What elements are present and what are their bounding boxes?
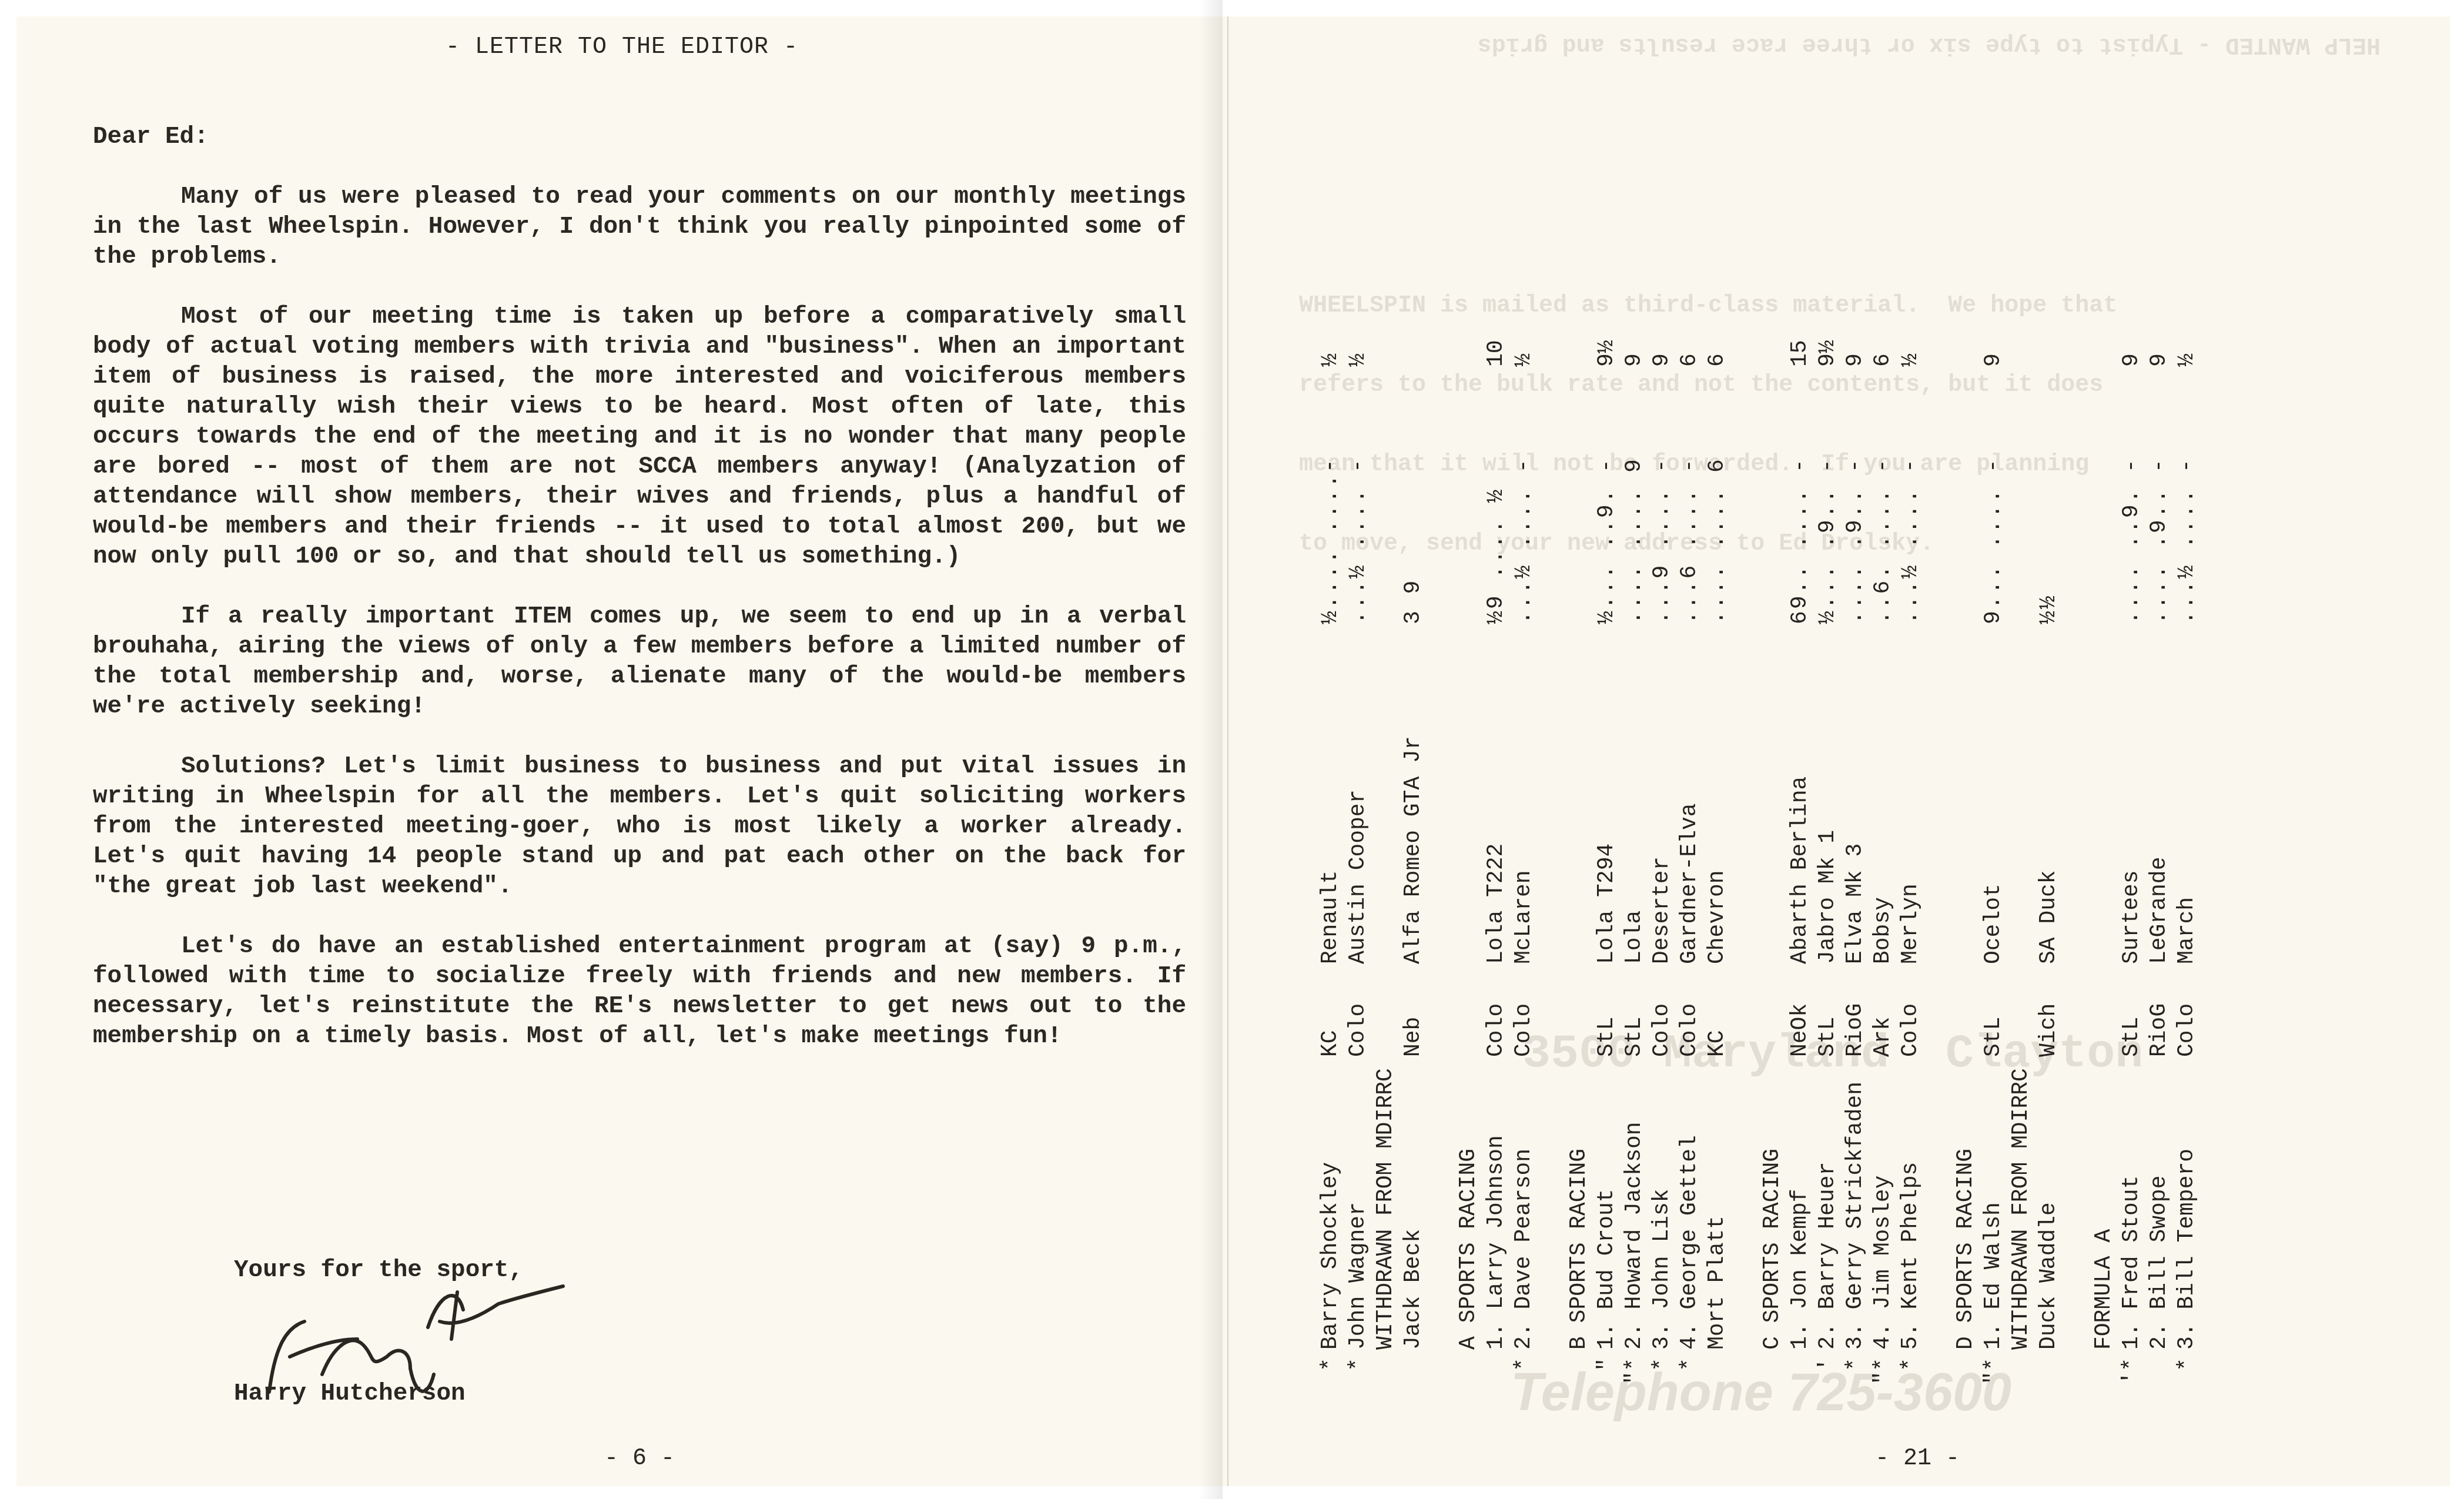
points: ½ xyxy=(1510,286,1538,367)
driver-name: Mort Platt xyxy=(1703,1057,1731,1350)
result-row: *3. Gerry StrickfadenRioGElva Mk 3.... .… xyxy=(1842,286,1869,1399)
points: 6 xyxy=(1676,286,1703,367)
region: Colo xyxy=(1648,964,1676,1057)
result-row: *Barry ShockleyKCRenault½.... ....-½ xyxy=(1317,286,1344,1399)
result-row: "1. Bud CroutStLLola T294½... ..9. -9½ xyxy=(1593,286,1621,1399)
results-rotated-container: *Barry ShockleyKCRenault½.... ....-½*Joh… xyxy=(1317,47,2201,1399)
entry-mark xyxy=(1786,1350,1814,1399)
entry-mark: * xyxy=(1648,1350,1676,1399)
points: 9½ xyxy=(1593,286,1621,367)
driver-name: Duck Waddle xyxy=(2035,1057,2063,1350)
region: StL xyxy=(1980,964,2007,1057)
driver-name: 5. Kent Phelps xyxy=(1897,1057,1924,1350)
entry-mark xyxy=(2145,1350,2173,1399)
lap-marks: .... ..9. - xyxy=(2118,367,2145,624)
entry-mark xyxy=(1703,1350,1731,1399)
results-body: *Barry ShockleyKCRenault½.... ....-½*Joh… xyxy=(1317,286,2201,1399)
result-row: '*1. Fred StoutStLSurtees.... ..9. -9 xyxy=(2118,286,2145,1399)
lap-marks: ...½ .... - xyxy=(1344,367,1372,624)
result-row: Duck WaddleWichSA Duck½½ xyxy=(2035,286,2063,1399)
car: Ocelot xyxy=(1980,624,2007,964)
driver-name: Jack Beck xyxy=(1400,1057,1427,1350)
driver-name: 1. Bud Crout xyxy=(1593,1057,1621,1350)
points: 9 xyxy=(1648,286,1676,367)
region: Colo xyxy=(1897,964,1924,1057)
points: ½ xyxy=(1344,286,1372,367)
car: Jabro Mk 1 xyxy=(1814,624,1842,964)
points: 15 xyxy=(1786,286,1814,367)
result-row: Mort PlattKCChevron.... .... 66 xyxy=(1703,286,1731,1399)
car: Chevron xyxy=(1703,624,1731,964)
entry-mark: * xyxy=(2173,1350,2201,1399)
car: Bobsy xyxy=(1869,624,1897,964)
page-number: - 21 - xyxy=(1875,1446,1960,1472)
entry-mark: ' xyxy=(1814,1350,1842,1399)
spacer xyxy=(2007,1350,2035,1399)
paragraph-2: Most of our meeting time is taken up bef… xyxy=(93,302,1186,572)
car: Austin Cooper xyxy=(1344,624,1372,964)
points: 9 xyxy=(1621,286,1648,367)
car: Renault xyxy=(1317,624,1344,964)
driver-name: 1. Jon Kempf xyxy=(1786,1057,1814,1350)
spacer xyxy=(1731,1350,1786,1399)
lap-marks: .... .9.. - xyxy=(2145,367,2173,624)
points: 9 xyxy=(1842,286,1869,367)
region: RioG xyxy=(1842,964,1869,1057)
note-text: WITHDRAWN FROM MDIRRC xyxy=(1372,286,1400,1350)
region: Ark xyxy=(1869,964,1897,1057)
paragraph-1: Many of us were pleased to read your com… xyxy=(93,182,1186,272)
entry-mark: "* xyxy=(1621,1350,1648,1399)
car: LeGrande xyxy=(2145,624,2173,964)
lap-marks: ...½ .... - xyxy=(2173,367,2201,624)
car: Deserter xyxy=(1648,624,1676,964)
result-row: "*2. Howard JacksonStLLola.... .... 99 xyxy=(1621,286,1648,1399)
class-section-header: A SPORTS RACING xyxy=(1427,286,1482,1399)
points xyxy=(1400,286,1427,367)
driver-name: 2. Bill Swope xyxy=(2145,1057,2173,1350)
driver-name: 1. Ed Walsh xyxy=(1980,1057,2007,1350)
points: 9 xyxy=(2145,286,2173,367)
lap-marks: ..6. .... - xyxy=(1869,367,1897,624)
race-results-table: *Barry ShockleyKCRenault½.... ....-½*Joh… xyxy=(1317,286,2201,1399)
lap-marks: ½... ..9. - xyxy=(1593,367,1621,624)
lap-marks: 69.. .... - xyxy=(1786,367,1814,624)
car: Alfa Romeo GTA Jr xyxy=(1400,624,1427,964)
result-row: *3. John LiskColoDeserter...9 .... -9 xyxy=(1648,286,1676,1399)
result-row: 1. Jon KempfNeOkAbarth Berlina69.. .... … xyxy=(1786,286,1814,1399)
points: 6 xyxy=(1869,286,1897,367)
region: StL xyxy=(2118,964,2145,1057)
region: Colo xyxy=(1344,964,1372,1057)
driver-name: 3. John Lisk xyxy=(1648,1057,1676,1350)
region: StL xyxy=(1593,964,1621,1057)
class-title: A SPORTS RACING xyxy=(1427,286,1482,1350)
driver-name: 3. Bill Tempero xyxy=(2173,1057,2201,1350)
class-section-header: C SPORTS RACING xyxy=(1731,286,1786,1399)
points: 9½ xyxy=(1814,286,1842,367)
driver-name: 2. Dave Pearson xyxy=(1510,1057,1538,1350)
entry-mark: * xyxy=(1842,1350,1869,1399)
paragraph-5: Let's do have an established entertainme… xyxy=(93,932,1186,1052)
lap-marks: 9... .... - xyxy=(1980,367,2007,624)
driver-name: 2. Howard Jackson xyxy=(1621,1057,1648,1350)
lap-marks: ½½ xyxy=(2035,367,2063,624)
spacer xyxy=(2063,1350,2118,1399)
gutter-shadow xyxy=(1199,0,1223,1499)
points xyxy=(2035,286,2063,367)
lap-marks: 3 9 xyxy=(1400,367,1427,624)
points: 6 xyxy=(1703,286,1731,367)
car: Lola xyxy=(1621,624,1648,964)
entry-mark xyxy=(1482,1350,1510,1399)
driver-name: John Wagner xyxy=(1344,1057,1372,1350)
car: Lola T222 xyxy=(1482,624,1510,964)
spacer xyxy=(1924,1350,1980,1399)
region: Colo xyxy=(2173,964,2201,1057)
driver-name: 1. Fred Stout xyxy=(2118,1057,2145,1350)
region: NeOk xyxy=(1786,964,1814,1057)
result-row: *2. Dave PearsonColoMcLaren...½ .... -½ xyxy=(1510,286,1538,1399)
result-row: Jack BeckNebAlfa Romeo GTA Jr3 9 xyxy=(1400,286,1427,1399)
entry-mark: " xyxy=(1593,1350,1621,1399)
letter-heading: - LETTER TO THE EDITOR - xyxy=(16,34,1227,61)
region: Colo xyxy=(1482,964,1510,1057)
class-section-header: FORMULA A xyxy=(2063,286,2118,1399)
left-page: - LETTER TO THE EDITOR - Dear Ed: Many o… xyxy=(16,16,1228,1486)
entry-mark: * xyxy=(1676,1350,1703,1399)
result-row: 2. Bill SwopeRioGLeGrande.... .9.. -9 xyxy=(2145,286,2173,1399)
class-section-header: D SPORTS RACING xyxy=(1924,286,1980,1399)
entry-mark: * xyxy=(1344,1350,1372,1399)
class-section-header: B SPORTS RACING xyxy=(1538,286,1593,1399)
paragraph-4: Solutions? Let's limit business to busin… xyxy=(93,752,1186,902)
lap-marks: ½9 .... ½ xyxy=(1482,367,1510,624)
car: Lola T294 xyxy=(1593,624,1621,964)
class-title: B SPORTS RACING xyxy=(1538,286,1593,1350)
lap-marks: .... .9.. - xyxy=(1842,367,1869,624)
driver-name: 2. Barry Heuer xyxy=(1814,1057,1842,1350)
driver-name: 4. George Gettel xyxy=(1676,1057,1703,1350)
withdrawn-note: WITHDRAWN FROM MDIRRC xyxy=(1372,286,1400,1399)
points: ½ xyxy=(1897,286,1924,367)
class-title: D SPORTS RACING xyxy=(1924,286,1980,1350)
region: Colo xyxy=(1676,964,1703,1057)
car: Abarth Berlina xyxy=(1786,624,1814,964)
spacer xyxy=(1372,1350,1400,1399)
region: KC xyxy=(1703,964,1731,1057)
lap-marks: ½... .9.. - xyxy=(1814,367,1842,624)
result-row: 1. Larry JohnsonColoLola T222½9 .... ½10 xyxy=(1482,286,1510,1399)
result-row: '2. Barry HeuerStLJabro Mk 1½... .9.. -9… xyxy=(1814,286,1842,1399)
note-text: WITHDRAWN FROM MDIRRC xyxy=(2007,286,2035,1350)
driver-name: Barry Shockley xyxy=(1317,1057,1344,1350)
entry-mark: * xyxy=(1510,1350,1538,1399)
letter-body: Dear Ed: Many of us were pleased to read… xyxy=(93,122,1186,1082)
lap-marks: ...9 .... - xyxy=(1648,367,1676,624)
region: RioG xyxy=(2145,964,2173,1057)
lap-marks: ½.... ....- xyxy=(1317,367,1344,624)
car: SA Duck xyxy=(2035,624,2063,964)
region: Colo xyxy=(1510,964,1538,1057)
points: ½ xyxy=(1317,286,1344,367)
result-row: *3. Bill TemperoColoMarch...½ .... -½ xyxy=(2173,286,2201,1399)
class-title: FORMULA A xyxy=(2063,286,2118,1350)
entry-mark xyxy=(1400,1350,1427,1399)
lap-marks: .... .... 6 xyxy=(1703,367,1731,624)
class-title: C SPORTS RACING xyxy=(1731,286,1786,1350)
entry-mark: '* xyxy=(2118,1350,2145,1399)
result-row: "*4. Jim MosleyArkBobsy..6. .... -6 xyxy=(1869,286,1897,1399)
result-row: *John WagnerColoAustin Cooper...½ .... -… xyxy=(1344,286,1372,1399)
region: Wich xyxy=(2035,964,2063,1057)
car: Merlyn xyxy=(1897,624,1924,964)
spacer xyxy=(1538,1350,1593,1399)
entry-mark: * xyxy=(1317,1350,1344,1399)
car: Surtees xyxy=(2118,624,2145,964)
lap-marks: ...6 .... - xyxy=(1676,367,1703,624)
salutation: Dear Ed: xyxy=(93,122,1186,152)
car: March xyxy=(2173,624,2201,964)
spacer xyxy=(1427,1350,1482,1399)
points: 9 xyxy=(2118,286,2145,367)
region: StL xyxy=(1814,964,1842,1057)
car: Gardner-Elva xyxy=(1676,624,1703,964)
points: 10 xyxy=(1482,286,1510,367)
car: Elva Mk 3 xyxy=(1842,624,1869,964)
entry-mark: * xyxy=(1897,1350,1924,1399)
driver-name: 3. Gerry Strickfaden xyxy=(1842,1057,1869,1350)
result-row: *5. Kent PhelpsColoMerlyn...½ .... -½ xyxy=(1897,286,1924,1399)
result-row: *4. George GettelColoGardner-Elva...6 ..… xyxy=(1676,286,1703,1399)
entry-mark: "* xyxy=(1869,1350,1897,1399)
points: ½ xyxy=(2173,286,2201,367)
entry-mark xyxy=(2035,1350,2063,1399)
driver-name: 4. Jim Mosley xyxy=(1869,1057,1897,1350)
points: 9 xyxy=(1980,286,2007,367)
region: KC xyxy=(1317,964,1344,1057)
lap-marks: ...½ .... - xyxy=(1510,367,1538,624)
region: StL xyxy=(1621,964,1648,1057)
withdrawn-note: WITHDRAWN FROM MDIRRC xyxy=(2007,286,2035,1399)
signer-name: Harry Hutcherson xyxy=(234,1380,466,1407)
paragraph-3: If a really important ITEM comes up, we … xyxy=(93,602,1186,722)
driver-name: 1. Larry Johnson xyxy=(1482,1057,1510,1350)
lap-marks: ...½ .... - xyxy=(1897,367,1924,624)
car: McLaren xyxy=(1510,624,1538,964)
page-number: - 6 - xyxy=(604,1446,675,1472)
entry-mark: "* xyxy=(1980,1350,2007,1399)
result-row: "*1. Ed WalshStLOcelot9... .... -9 xyxy=(1980,286,2007,1399)
region: Neb xyxy=(1400,964,1427,1057)
lap-marks: .... .... 9 xyxy=(1621,367,1648,624)
